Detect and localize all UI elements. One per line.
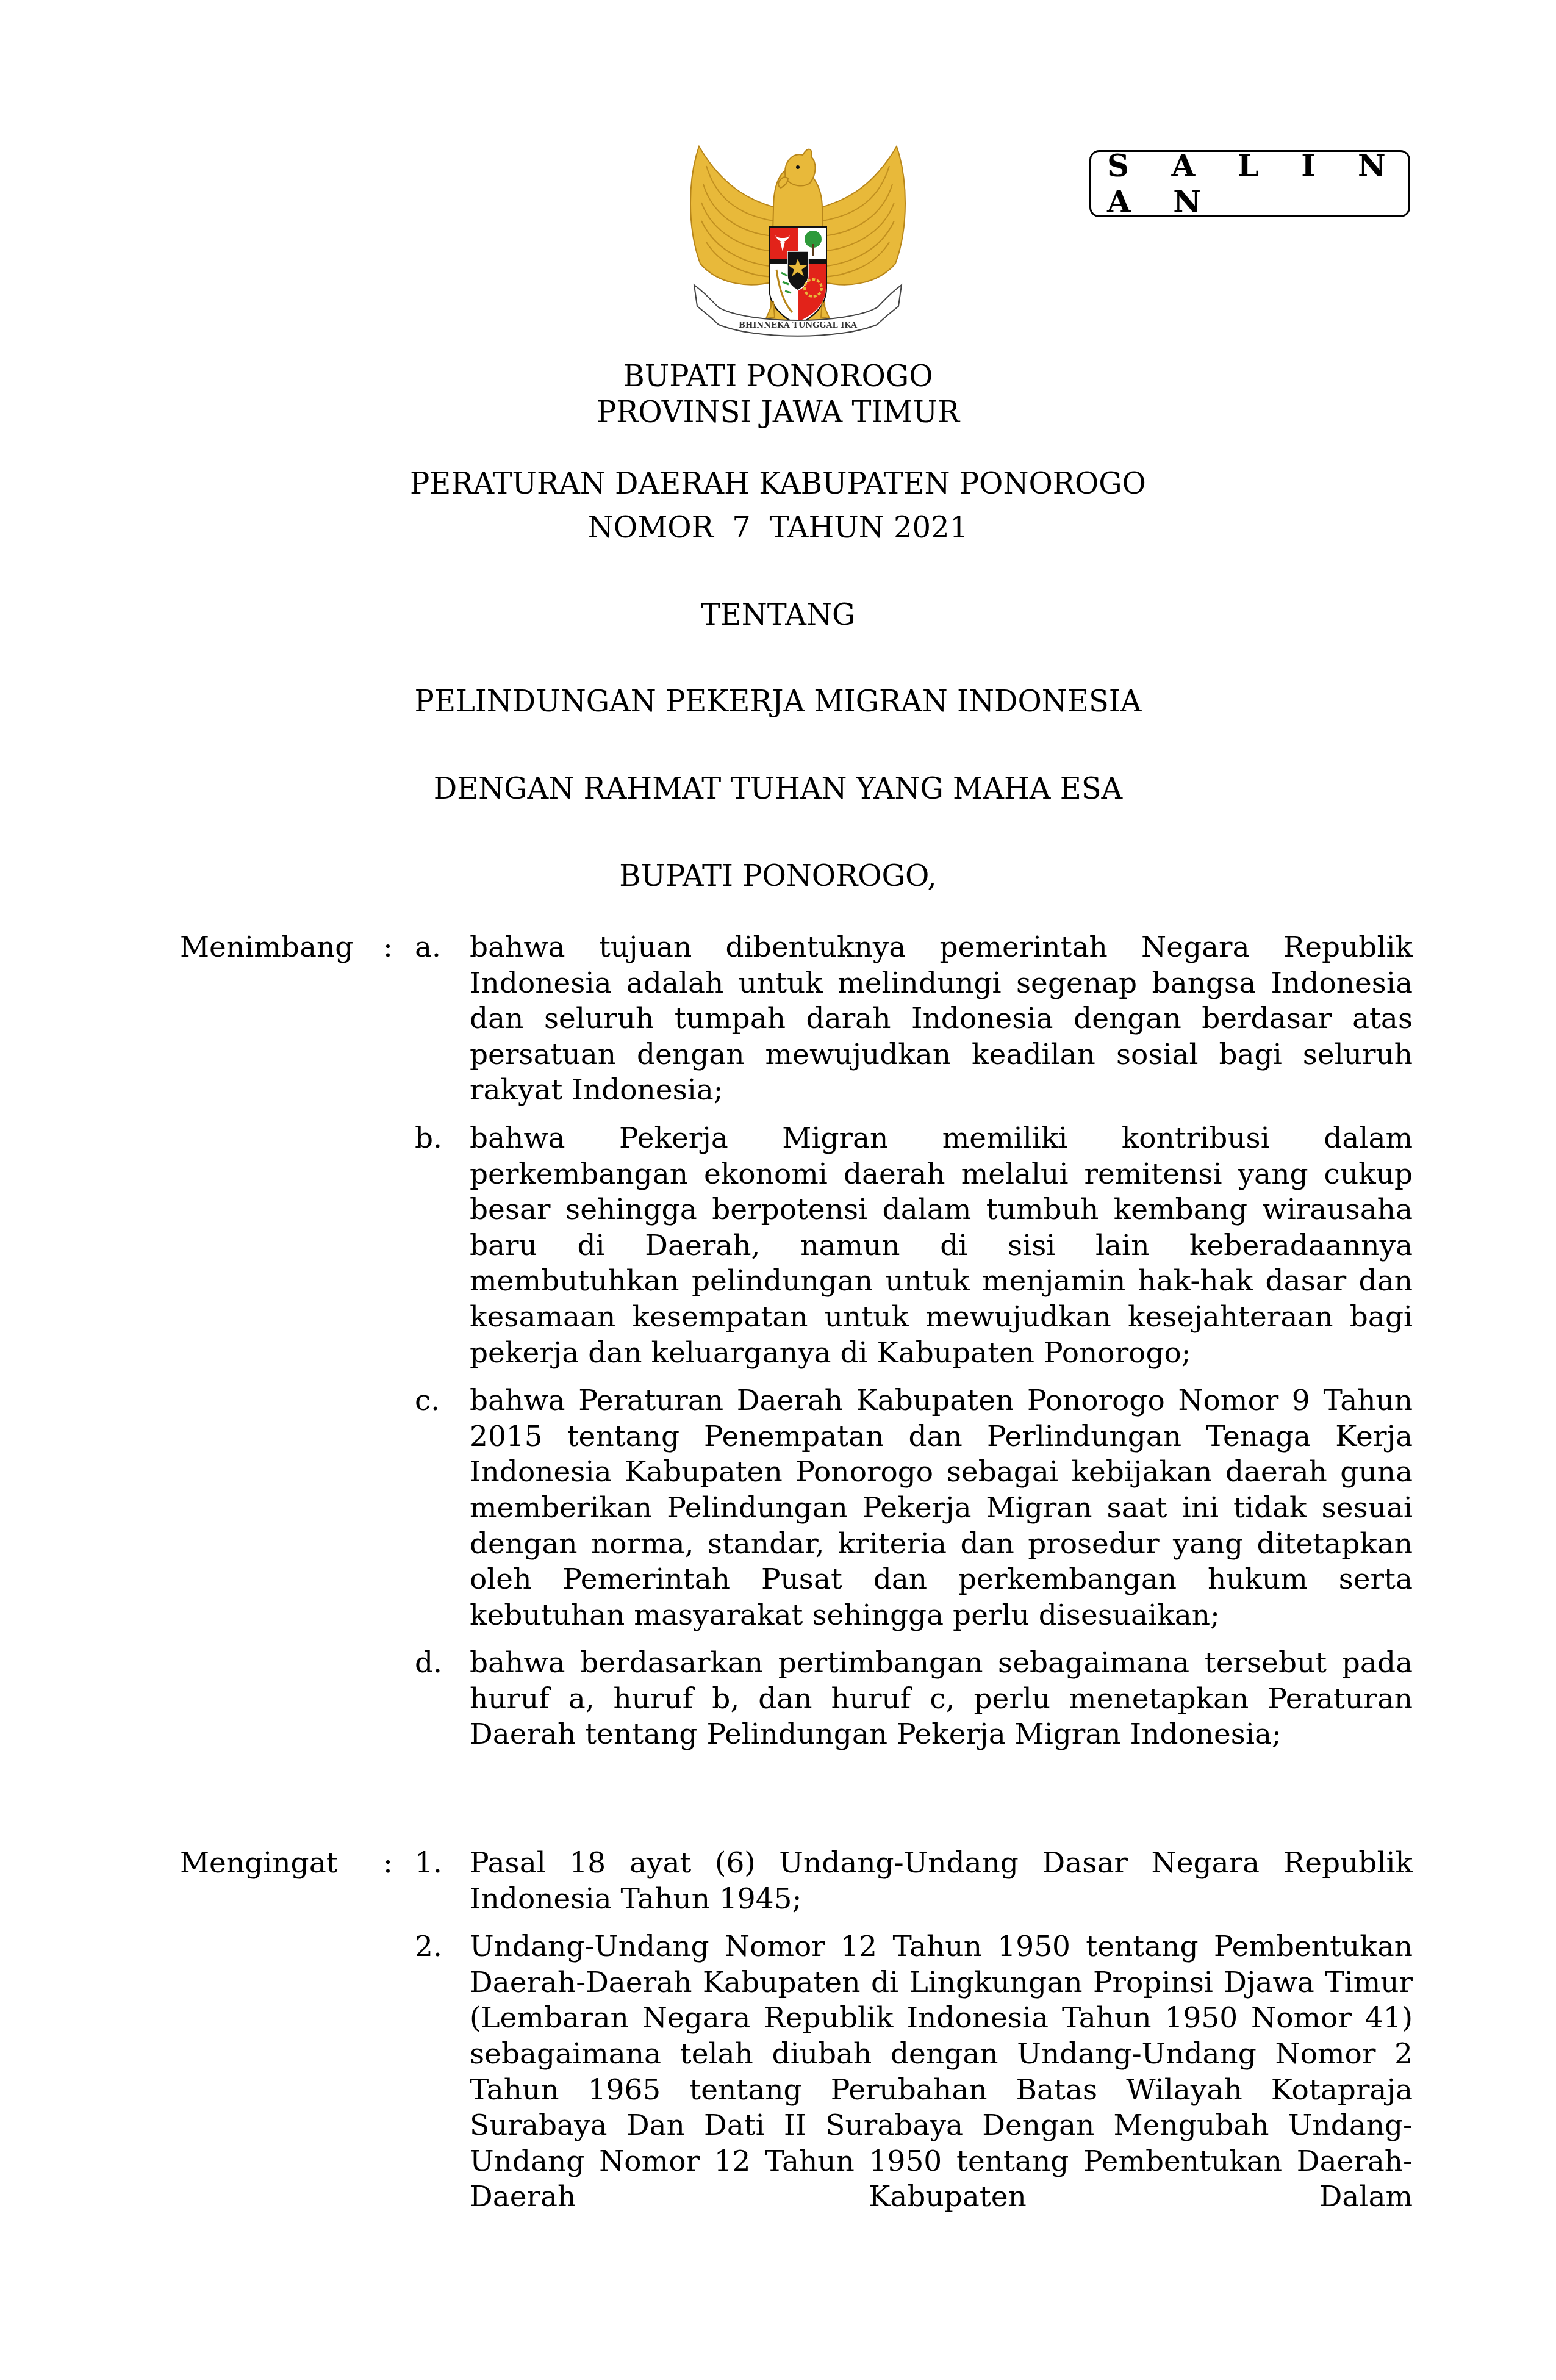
motto-text: BHINNEKA TUNGGAL IKA — [739, 321, 858, 330]
item-marker: c. — [415, 1383, 470, 1633]
mengingat-item-2: 2. Undang-Undang Nomor 12 Tahun 1950 ten… — [180, 1929, 1413, 2215]
item-text: Pasal 18 ayat (6) Undang-Undang Dasar Ne… — [470, 1846, 1413, 1917]
menimbang-item-c: c. bahwa Peraturan Daerah Kabupaten Pono… — [180, 1383, 1413, 1633]
menimbang-colon: : — [383, 930, 415, 1109]
item-marker: d. — [415, 1645, 470, 1753]
menimbang-item-d: d. bahwa berdasarkan pertimbangan sebaga… — [180, 1645, 1413, 1753]
salinan-stamp: S A L I N A N — [1089, 150, 1410, 217]
item-marker: 1. — [415, 1846, 470, 1917]
menimbang-item-a: Menimbang : a. bahwa tujuan dibentuknya … — [180, 930, 1413, 1109]
salinan-label: S A L I N A N — [1107, 148, 1408, 220]
item-marker: 2. — [415, 1929, 470, 2215]
item-text: bahwa berdasarkan pertimbangan sebagaima… — [470, 1645, 1413, 1753]
about-label: TENTANG — [0, 597, 1556, 633]
item-text: Undang-Undang Nomor 12 Tahun 1950 tentan… — [470, 1929, 1413, 2215]
menimbang-item-b: b. bahwa Pekerja Migran memiliki kontrib… — [180, 1121, 1413, 1371]
document-page: BHINNEKA TUNGGAL IKA S A L I N A N BUPAT… — [0, 0, 1556, 2380]
item-marker: b. — [415, 1121, 470, 1371]
item-text: bahwa Peraturan Daerah Kabupaten Ponorog… — [470, 1383, 1413, 1633]
mengingat-section: Mengingat : 1. Pasal 18 ayat (6) Undang-… — [180, 1846, 1413, 2227]
garuda-pancasila-emblem-icon: BHINNEKA TUNGGAL IKA — [682, 142, 914, 340]
menimbang-section: Menimbang : a. bahwa tujuan dibentuknya … — [180, 930, 1413, 1765]
mengingat-label: Mengingat — [180, 1846, 383, 1917]
regulation-number: NOMOR 7 TAHUN 2021 — [0, 510, 1556, 546]
item-text: bahwa tujuan dibentuknya pemerintah Nega… — [470, 930, 1413, 1109]
menimbang-label: Menimbang — [180, 930, 383, 1109]
signatory-title: BUPATI PONOROGO, — [0, 858, 1556, 894]
issuer-line-1: BUPATI PONOROGO — [0, 359, 1556, 395]
regulation-title: PERATURAN DAERAH KABUPATEN PONOROGO — [0, 466, 1556, 502]
invocation: DENGAN RAHMAT TUHAN YANG MAHA ESA — [0, 771, 1556, 807]
item-marker: a. — [415, 930, 470, 1109]
regulation-subject: PELINDUNGAN PEKERJA MIGRAN INDONESIA — [0, 684, 1556, 720]
item-text: bahwa Pekerja Migran memiliki kontribusi… — [470, 1121, 1413, 1371]
mengingat-item-1: Mengingat : 1. Pasal 18 ayat (6) Undang-… — [180, 1846, 1413, 1917]
mengingat-colon: : — [383, 1846, 415, 1917]
issuer-line-2: PROVINSI JAWA TIMUR — [0, 395, 1556, 431]
